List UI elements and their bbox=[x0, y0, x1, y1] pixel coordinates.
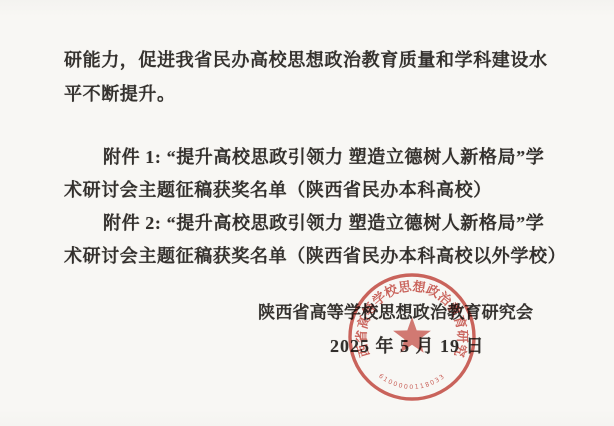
attachment-1-line: 术研讨会主题征稿获奖名单（陕西省民办本科高校） bbox=[64, 176, 492, 202]
attachment-1-line: 附件 1: “提升高校思政引领力 塑造立德树人新格局”学 bbox=[103, 143, 544, 169]
seal-serial-number: 6100000118033 bbox=[377, 373, 447, 391]
body-text-line: 研能力，促进我省民办高校思想政治教育质量和学科建设水 bbox=[64, 46, 548, 72]
attachment-2-line: 术研讨会主题征稿获奖名单（陕西省民办本科高校以外学校） bbox=[64, 242, 566, 268]
body-text-line: 平不断提升。 bbox=[64, 80, 176, 106]
signature-date: 2025 年 5 月 19 日 bbox=[330, 332, 485, 358]
attachment-2-line: 附件 2: “提升高校思政引领力 塑造立德树人新格局”学 bbox=[103, 209, 544, 235]
signature-organization: 陕西省高等学校思想政治教育研究会 bbox=[258, 298, 533, 323]
scanned-document-page: 研能力，促进我省民办高校思想政治教育质量和学科建设水 平不断提升。 附件 1: … bbox=[0, 0, 614, 426]
